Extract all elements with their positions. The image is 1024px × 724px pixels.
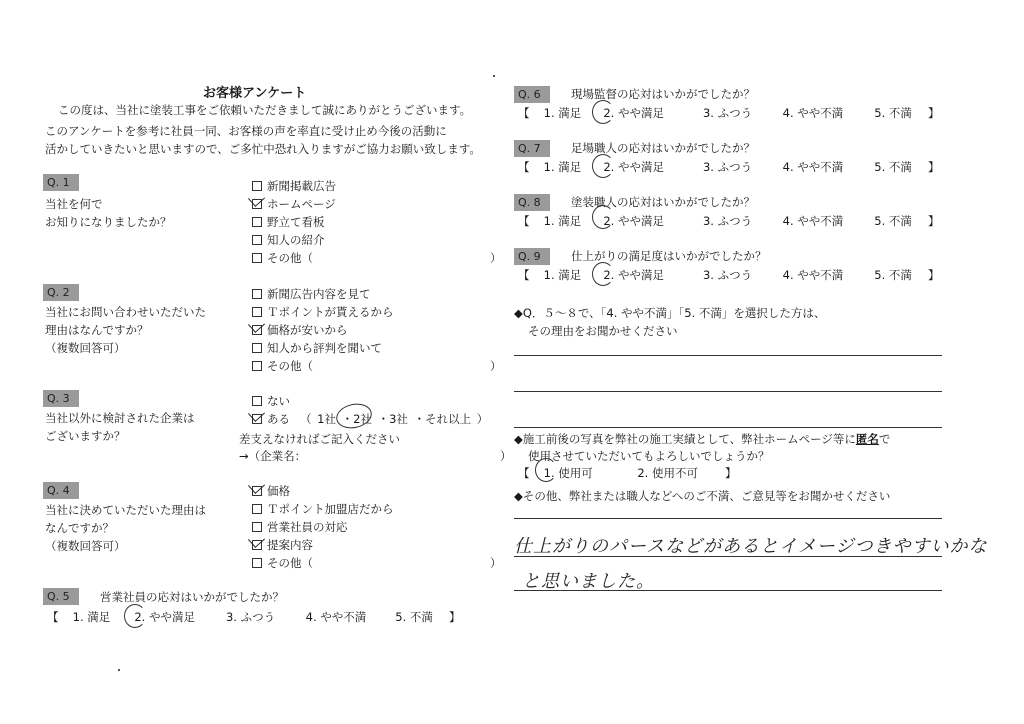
q1-label: Q. 1 [43,174,79,191]
q4-other-close: ） [490,555,502,571]
comments-answer-1: 仕上がりのパースなどがあるとイメージつきやすいかな [514,532,988,558]
q5-scale[interactable]: 【 1. 満足 2. やや満足 3. ふつう 4. やや不満 5. 不満 】 [47,609,460,625]
q1-other-close: ） [490,250,502,266]
q1-option-referral[interactable]: 知人の紹介 [252,232,325,248]
checkbox-icon[interactable] [252,235,262,245]
q1-option-newspaper[interactable]: 新聞掲載広告 [252,178,336,194]
q3-company-input[interactable] [320,448,480,462]
q9-choice-3[interactable]: 3. ふつう [703,267,779,283]
q2-other-close: ） [490,358,502,374]
q3-company-close: ） [500,448,512,464]
q4-option-tpoint-store[interactable]: Ｔポイント加盟店だから [252,501,394,517]
q4-label: Q. 4 [43,482,79,499]
checkbox-checked-icon[interactable] [252,540,262,550]
scan-speck [118,669,120,671]
checkbox-icon[interactable] [252,558,262,568]
q4-text-1: 当社に決めていただいた理由は [45,502,206,518]
checkbox-checked-icon[interactable] [252,414,262,424]
checkbox-icon[interactable] [252,289,262,299]
q4-option-sales-staff[interactable]: 営業社員の対応 [252,519,348,535]
reason-answer-line-3[interactable] [514,427,942,428]
q6-scale[interactable]: 【 1. 満足 2. やや満足 3. ふつう 4. やや不満 5. 不満 】 [518,105,939,121]
q1-option-homepage[interactable]: ホームページ [252,196,336,212]
comments-line-1[interactable] [514,518,942,519]
q4-text-2: なんですか？ [45,520,114,536]
q5-choice-1[interactable]: 1. 満足 [73,609,131,625]
q8-scale[interactable]: 【 1. 満足 2. やや満足 3. ふつう 4. やや不満 5. 不満 】 [518,213,939,229]
q5-text: 営業社員の応対はいかがでしたか？ [100,589,284,605]
q4-option-other[interactable]: その他（ [252,555,313,571]
q3-company-prompt: →（企業名： [239,448,306,464]
comments-line-2[interactable] [514,556,942,557]
reason-answer-line-2[interactable] [514,391,942,392]
q2-option-reputation[interactable]: 知人から評判を聞いて [252,340,382,356]
q5-choice-4[interactable]: 4. やや不満 [306,609,392,625]
intro-line-3: 活かしていきたいと思いますので、ご多忙中恐れ入りますがご協力お願い致します。 [45,141,481,157]
q2-text-3: （複数回答可） [45,340,126,356]
q3-option-yes[interactable]: ある [252,411,290,427]
checkbox-checked-icon[interactable] [252,325,262,335]
q9-label: Q. 9 [514,248,550,265]
photo-prompt-2: 使用させていただいてもよろしいでしょうか？ [528,448,770,464]
q7-choice-3[interactable]: 3. ふつう [703,159,779,175]
q3-note: 差支えなければご記入ください [239,431,400,447]
q7-selected-circle [592,154,614,178]
q6-choice-5[interactable]: 5. 不満 [874,105,924,121]
q8-selected-circle [592,205,614,229]
checkbox-icon[interactable] [252,217,262,227]
q2-option-tpoint[interactable]: Ｔポイントが貰えるから [252,304,394,320]
q5-selected-circle [124,604,146,628]
checkbox-checked-icon[interactable] [252,199,262,209]
photo-prompt-1: ◆施工前後の写真を弊社の施工実績として、弊社ホームページ等に匿名で [514,431,890,447]
q8-choice-4[interactable]: 4. やや不満 [783,213,871,229]
anonymous-emphasis: 匿名 [856,432,879,446]
q7-choice-4[interactable]: 4. やや不満 [783,159,871,175]
q7-label: Q. 7 [514,140,550,157]
q2-option-other[interactable]: その他（ [252,358,313,374]
q5-choice-2[interactable]: 2. やや満足 [134,609,222,625]
q9-choice-2[interactable]: 2. やや満足 [603,267,699,283]
q1-text-2: お知りになりましたか？ [45,214,172,230]
q9-scale[interactable]: 【 1. 満足 2. やや満足 3. ふつう 4. やや不満 5. 不満 】 [518,267,939,283]
q5-choice-5[interactable]: 5. 不満 [395,609,445,625]
q9-choice-5[interactable]: 5. 不満 [874,267,924,283]
q6-choice-3[interactable]: 3. ふつう [703,105,779,121]
survey-title: お客様アンケート [203,82,306,101]
comments-prompt: ◆その他、弊社または職人などへのご不満、ご意見等をお聞かせください [514,488,890,504]
q2-label: Q. 2 [43,284,79,301]
q2-option-newspaper-content[interactable]: 新聞広告内容を見て [252,286,371,302]
photo-choice-deny[interactable]: 2. 使用不可 [637,465,721,481]
reason-answer-line-1[interactable] [514,355,942,356]
checkbox-icon[interactable] [252,343,262,353]
comments-line-3[interactable] [514,590,942,591]
q3-label: Q. 3 [43,390,79,407]
checkbox-checked-icon[interactable] [252,486,262,496]
q8-label: Q. 8 [514,194,550,211]
q7-choice-2[interactable]: 2. やや満足 [603,159,699,175]
q8-choice-5[interactable]: 5. 不満 [874,213,924,229]
q6-choice-2[interactable]: 2. やや満足 [603,105,699,121]
q8-choice-2[interactable]: 2. やや満足 [603,213,699,229]
q6-label: Q. 6 [514,86,550,103]
photo-choice-allow[interactable]: 1. 使用可 [544,465,634,481]
intro-line-1: この度は、当社に塗装工事をご依頼いただきまして誠にありがとうございます。 [58,102,471,118]
q4-text-3: （複数回答可） [45,538,126,554]
intro-line-2: このアンケートを参考に社員一同、お客様の声を率直に受け止め今後の活動に [45,123,447,139]
q1-option-signboard[interactable]: 野立て看板 [252,214,325,230]
q5-choice-3[interactable]: 3. ふつう [226,609,302,625]
q4-option-proposal[interactable]: 提案内容 [252,537,313,553]
q4-option-price[interactable]: 価格 [252,483,290,499]
q3-text-1: 当社以外に検討された企業は [45,410,195,426]
scan-speck [493,75,495,77]
checkbox-icon[interactable] [252,361,262,371]
q6-selected-circle [592,100,614,124]
q8-choice-3[interactable]: 3. ふつう [703,213,779,229]
q6-choice-4[interactable]: 4. やや不満 [783,105,871,121]
q5-label: Q. 5 [43,588,79,605]
checkbox-icon[interactable] [252,504,262,514]
q1-option-other[interactable]: その他（ [252,250,313,266]
q7-scale[interactable]: 【 1. 満足 2. やや満足 3. ふつう 4. やや不満 5. 不満 】 [518,159,939,175]
q9-selected-circle [592,262,614,286]
q9-choice-4[interactable]: 4. やや不満 [783,267,871,283]
q1-text-1: 当社を何で [45,196,103,212]
q2-text-2: 理由はなんですか？ [45,322,149,338]
q3-text-2: ございますか？ [45,428,126,444]
q7-choice-5[interactable]: 5. 不満 [874,159,924,175]
q2-option-cheap[interactable]: 価格が安いから [252,322,348,338]
reason-prompt-1: ◆Q．５～８で、「4. やや不満」「5. 不満」を選択した方は、 [514,305,825,321]
q3-count-choices[interactable]: （ 1社 ・2社 ・3社 ・それ以上 ） [300,411,488,427]
checkbox-icon[interactable] [252,253,262,263]
reason-prompt-2: その理由をお聞かせください [528,323,678,339]
q2-text-1: 当社にお問い合わせいただいた [45,304,206,320]
photo-selected-circle [535,458,557,482]
